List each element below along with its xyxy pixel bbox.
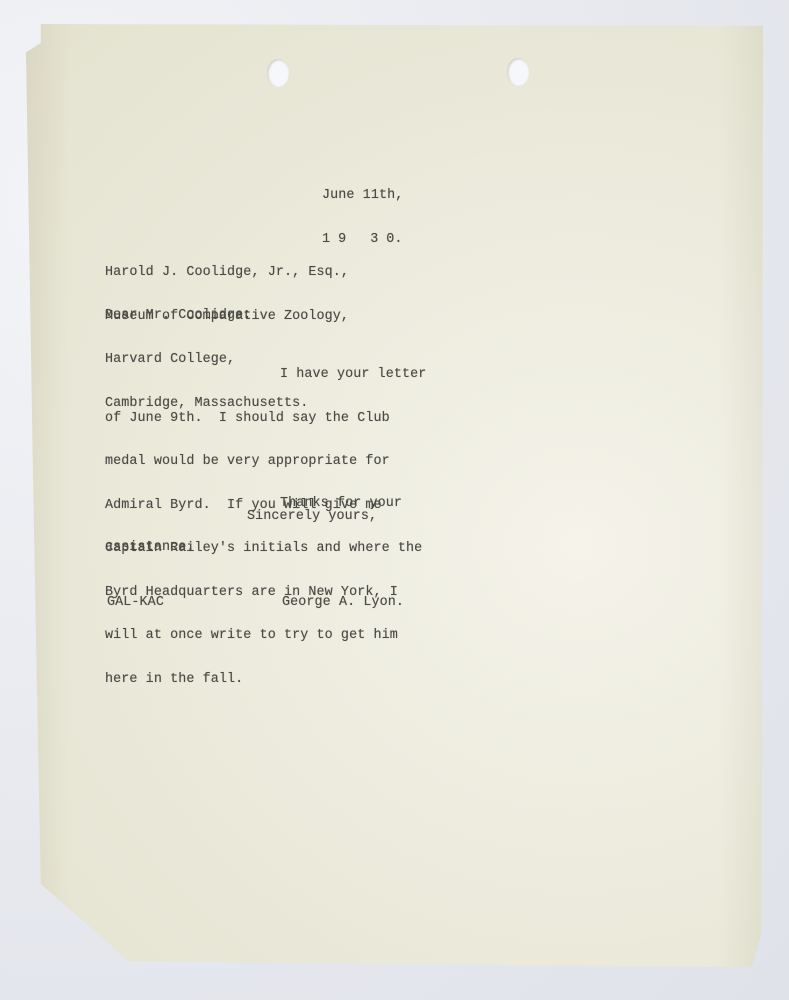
body-line: here in the fall. (105, 673, 426, 688)
body-line: of June 9th. I should say the Club (105, 412, 426, 427)
body-line: I have your letter (105, 368, 426, 383)
thanks-line: assistance. (105, 541, 402, 556)
salutation: Dear Mr. Coolidge: (105, 309, 251, 324)
reference-initials: GAL-KAC (107, 596, 164, 611)
punch-hole-left (267, 59, 289, 87)
punch-hole-right (507, 58, 529, 86)
closing: Sincerely yours, (247, 510, 377, 525)
signature-name: George A. Lyon. (282, 596, 404, 611)
date-line: June 11th, (322, 189, 403, 204)
body-line: will at once write to try to get him (105, 629, 426, 644)
recipient-name: Harold J. Coolidge, Jr., Esq., (105, 266, 349, 281)
